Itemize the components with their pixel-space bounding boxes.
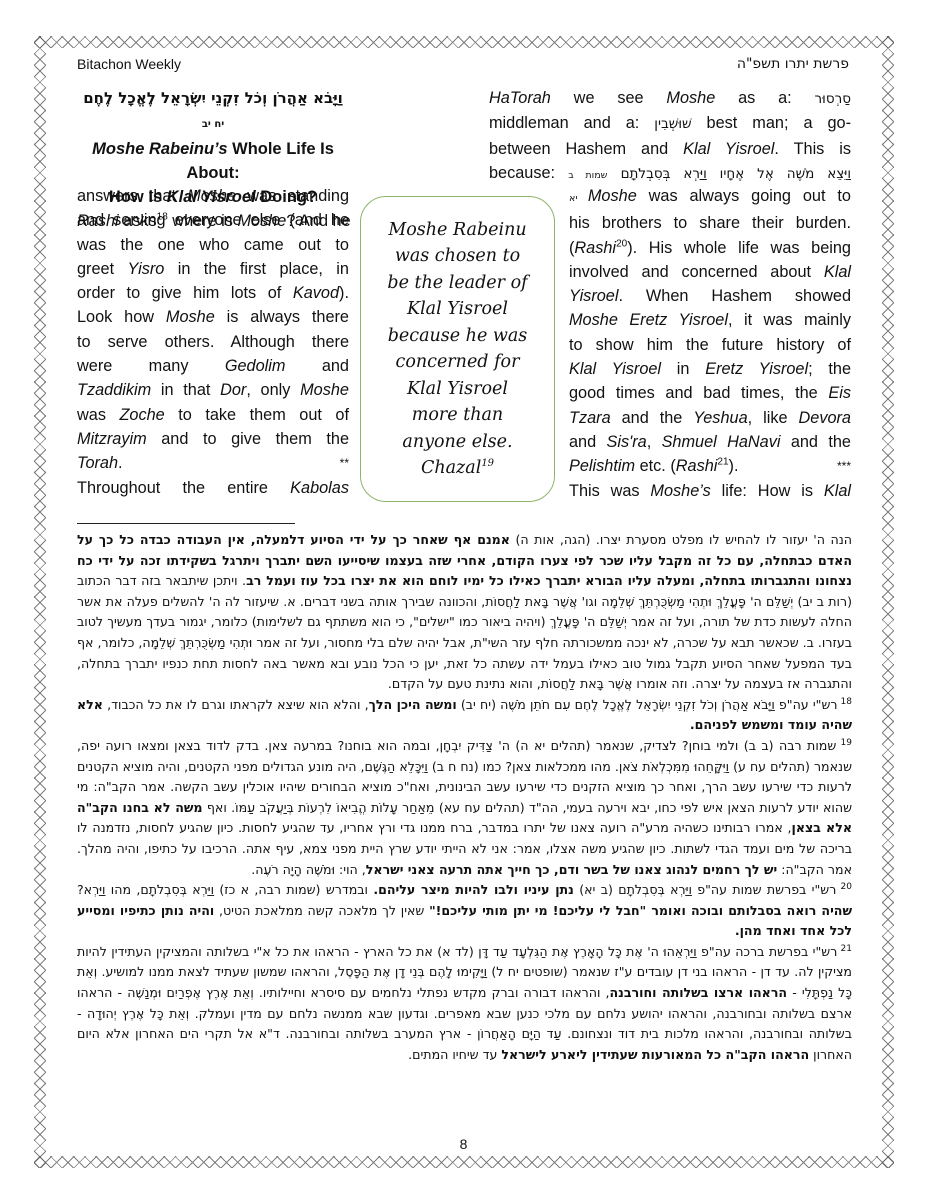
bold-text: ומשה היכן הלך xyxy=(369,697,457,712)
text-line: יא Moshe was always going out to xyxy=(569,184,851,211)
text-run: Klal xyxy=(824,263,851,281)
text-run: etc. ( xyxy=(635,457,676,475)
text-run: HaTorah xyxy=(489,89,551,107)
text-line: Torah.** xyxy=(77,451,349,475)
hebrew-term: שׁוּשְׁבִין xyxy=(654,116,691,132)
quote-line: was chosen to xyxy=(395,243,520,270)
footnote-number: 18 xyxy=(838,697,852,707)
text-run: Moshe xyxy=(300,381,349,399)
text-run: Moshe’s xyxy=(650,482,710,500)
text-line: Look how Moshe is always there xyxy=(77,305,349,329)
text-line: Pelishtim etc. (Rashi21).*** xyxy=(569,454,851,478)
footnote-ref: 20 xyxy=(616,238,627,249)
text-run: Yisroel xyxy=(569,287,618,305)
text-line: were many Gedolim and xyxy=(77,354,349,378)
header-parsha-title: פרשת יתרו תשפ"ה xyxy=(737,56,849,72)
hebrew-verse-title: וַיָּבֹא אַהֲרֹן וְכֹל זִקְנֵי יִשְׂרָאֵ… xyxy=(77,86,349,137)
bold-text: הראהו הקב"ה כל המאורעות שעתידין ליארע לי… xyxy=(501,1047,809,1062)
text-run: , והלא הוא שיצא לקראתו וגרם לו את כל הכב… xyxy=(103,697,369,712)
text-run: order to give him lots of xyxy=(77,284,293,302)
text-run: Look how xyxy=(77,308,166,326)
text-line: and serving everyone else (and he xyxy=(77,208,349,232)
text-run: Moshe xyxy=(588,187,637,205)
text-run: Moshe Eretz Yisroel xyxy=(569,311,728,329)
footnote-21: 21 רש"י בפרשת ברכה עה"פ וַיַּרְאֵהוּ ה' … xyxy=(77,942,852,1066)
text-run: Mitzrayim xyxy=(77,430,147,448)
border-top xyxy=(34,36,894,48)
hebrew-verse-text: וַיָּבֹא אַהֲרֹן וְכֹל זִקְנֵי יִשְׂרָאֵ… xyxy=(83,89,343,107)
text-run: Dor xyxy=(220,381,246,399)
text-run: Yeshua xyxy=(693,409,747,427)
text-line: HaTorah we see Moshe as a: סַרְסוּר xyxy=(489,86,851,111)
text-run: best man; a go- xyxy=(692,114,851,132)
quote-line: more than xyxy=(412,402,503,429)
footnotes-section: הנה ה' יעזור לו להחיש לו מפלט מסערת יצרו… xyxy=(77,530,852,1065)
text-line: involved and concerned about Klal xyxy=(569,260,851,284)
footnote-19: 19 שמות רבה (ב ב) ולמי בוחן? לצדיק, שנאמ… xyxy=(77,736,852,880)
text-run: , הוי: וּמֹשֶׁה הָיָה רֹעֶה. xyxy=(251,862,366,877)
because-verse-ref: שמות ב xyxy=(568,170,607,181)
text-run: . xyxy=(118,454,123,472)
text-run: . ויתכן שיתבאר בזה דבר הכתוב (רות ב יב) … xyxy=(77,573,852,691)
text-run: Eretz Yisroel xyxy=(705,360,808,378)
text-run: Tzara xyxy=(569,409,611,427)
text-run: , xyxy=(647,433,662,451)
text-run: Sis'ra xyxy=(607,433,647,451)
text-run: רש"י בפרשת שמות עה"פ וַיַּרְא בְּסִבְלֹת… xyxy=(574,882,836,897)
text-line: and Sis'ra, Shmuel HaNavi and the xyxy=(569,430,851,454)
text-run: and the xyxy=(611,409,694,427)
text-run: Yisro xyxy=(128,260,165,278)
text-run: and the xyxy=(780,433,850,451)
text-run: middleman and a: xyxy=(489,114,654,132)
text-run: and to give them the xyxy=(147,430,349,448)
footnote-number: 19 xyxy=(836,738,852,748)
right-column-top: HaTorah we see Moshe as a: סַרְסוּרmiddl… xyxy=(489,86,851,188)
text-run: was xyxy=(77,406,119,424)
text-line: (Rashi20). His whole life was being xyxy=(569,236,851,260)
text-line: Klal Yisroel in Eretz Yisroel; the xyxy=(569,357,851,381)
text-run: and xyxy=(285,357,349,375)
text-run: Klal Yisroel xyxy=(569,360,661,378)
text-run: עד שיחיו המתים. xyxy=(408,1047,501,1062)
text-run: ). xyxy=(729,457,739,475)
text-run: answers that xyxy=(77,187,187,205)
text-run: in that xyxy=(151,381,220,399)
text-run: , it was mainly xyxy=(728,311,851,329)
footnote-ref: 19 xyxy=(481,458,494,469)
text-run: ובמדרש (שמות רבה, א כז) וַיַּרְא בְּסִבְ… xyxy=(77,882,373,897)
text-line: Throughout the entire Kabolas xyxy=(77,476,349,500)
text-line: between Hashem and Klal Yisroel. This is xyxy=(489,137,851,161)
text-run: were many xyxy=(77,357,225,375)
quote-line: be the leader of xyxy=(387,270,527,297)
footnote-18: 18 רש"י עה"פ וַיָּבֹא אַהֲרֹן וְכֹל זִקְ… xyxy=(77,695,852,736)
quote-line: because he was xyxy=(388,323,528,350)
text-run: Zoche xyxy=(119,406,164,424)
text-run: is always there xyxy=(215,308,349,326)
text-run: Tzaddikim xyxy=(77,381,151,399)
because-label: because: xyxy=(489,164,568,182)
text-run: and serving everyone else (and he xyxy=(77,211,349,229)
text-run: in xyxy=(661,360,705,378)
text-run: involved and concerned about xyxy=(569,263,824,281)
quote-line: Moshe Rabeinu xyxy=(388,217,526,244)
header-publication-name: Bitachon Weekly xyxy=(77,56,181,72)
footnote-number: 21 xyxy=(837,944,852,954)
footnote-separator xyxy=(77,523,295,524)
article-title: Moshe Rabeinu’s Whole Life Is About: xyxy=(77,137,349,185)
text-run: life: How is xyxy=(711,482,824,500)
text-run: Torah xyxy=(77,454,118,472)
bold-text: יש לך רחמים לנהוג צאנו של בשר ודם, כך חי… xyxy=(366,862,777,877)
quote-line: anyone else. xyxy=(402,429,512,456)
quote-line: Klal Yisroel xyxy=(407,376,508,403)
text-line: his brothers to share their burden. xyxy=(569,211,851,235)
bold-text: שהיה רואה בסבלותם ובוכה ואומר "חבל לי על… xyxy=(429,903,852,918)
text-run: Gedolim xyxy=(225,357,286,375)
text-line: greet Yisro in the first place, in xyxy=(77,257,349,281)
text-run: greet xyxy=(77,260,128,278)
bold-text: הראהו ארצו בשלותה וחורבנה xyxy=(610,985,788,1000)
text-run: as a: סַרְסוּר xyxy=(715,89,851,107)
text-run: Moshe xyxy=(666,89,715,107)
text-run: , only xyxy=(246,381,300,399)
quote-line: concerned for xyxy=(396,349,520,376)
section-separator: *** xyxy=(837,454,851,478)
text-line: answers that Moshe was standing xyxy=(77,184,349,208)
text-run: Pelishtim xyxy=(569,457,635,475)
text-run: ). His whole life was being xyxy=(627,239,851,257)
text-run: his brothers to share their burden. xyxy=(569,214,851,232)
border-left xyxy=(34,36,46,1168)
text-line: This was Moshe’s life: How is Klal xyxy=(569,479,851,503)
text-run: was always going out to xyxy=(637,187,851,205)
text-run: רש"י עה"פ וַיָּבֹא אַהֲרֹן וְכֹל זִקְנֵי… xyxy=(457,697,838,712)
text-line: was Zoche to take them out of xyxy=(77,403,349,427)
hebrew-verse-ref: יח יב xyxy=(202,119,224,130)
text-run: ; the xyxy=(808,360,851,378)
text-line: Tzara and the Yeshua, like Devora xyxy=(569,406,851,430)
text-run: , like xyxy=(748,409,799,427)
text-line: to serve others. Although there xyxy=(77,330,349,354)
page-number: 8 xyxy=(0,1136,927,1152)
text-run: Moshe xyxy=(166,308,215,326)
left-column-body: answers that Moshe was standingand servi… xyxy=(77,184,349,500)
text-line: Moshe Eretz Yisroel, it was mainly xyxy=(569,308,851,332)
quote-attribution: Chazal19 xyxy=(421,455,494,482)
text-run: Devora xyxy=(799,409,852,427)
text-run: Kabolas xyxy=(290,479,349,497)
footnote-20: 20 רש"י בפרשת שמות עה"פ וַיַּרְא בְּסִבְ… xyxy=(77,880,852,942)
text-line: Tzaddikim in that Dor, only Moshe xyxy=(77,378,349,402)
text-run: in the first place, in xyxy=(164,260,349,278)
text-run: to serve others. Although there xyxy=(77,333,349,351)
text-run: הנה ה' יעזור לו להחיש לו מפלט מסערת יצרו… xyxy=(510,532,852,547)
text-run: Klal Yisroel xyxy=(683,140,774,158)
verse-ref: יא xyxy=(569,193,588,204)
text-line: middleman and a: שׁוּשְׁבִין best man; a… xyxy=(489,111,851,136)
text-run: This was xyxy=(569,482,650,500)
text-run: to show him the future history of xyxy=(569,336,851,354)
text-run: and xyxy=(569,433,607,451)
text-run: Klal xyxy=(824,482,851,500)
text-run: good times and bad times, the xyxy=(569,384,828,402)
text-run: Moshe xyxy=(187,187,236,205)
footnote-ref: 21 xyxy=(717,457,728,468)
border-right xyxy=(882,36,894,1168)
text-run: between Hashem and xyxy=(489,140,683,158)
text-line: to show him the future history of xyxy=(569,333,851,357)
text-line: good times and bad times, the Eis xyxy=(569,381,851,405)
bold-text: נתן עיניו ולבו להיות מיצר עליהם. xyxy=(373,882,574,897)
text-run: as a: xyxy=(715,89,814,107)
title-italic-part: Moshe Rabeinu’s xyxy=(92,140,227,158)
text-run: Throughout the entire xyxy=(77,479,290,497)
quote-line: Klal Yisroel xyxy=(407,296,508,323)
section-separator: ** xyxy=(340,451,349,475)
hebrew-term: סַרְסוּר xyxy=(815,91,851,107)
text-line: was the one who came out to xyxy=(77,233,349,257)
right-top-lines: HaTorah we see Moshe as a: סַרְסוּרmiddl… xyxy=(489,86,851,161)
text-run: Shmuel HaNavi xyxy=(662,433,781,451)
text-run: we see xyxy=(551,89,667,107)
text-run: was standing xyxy=(236,187,349,205)
text-run: . This is xyxy=(774,140,851,158)
footnote-continuation: הנה ה' יעזור לו להחיש לו מפלט מסערת יצרו… xyxy=(77,530,852,695)
text-run: . When Hashem showed xyxy=(618,287,851,305)
text-run: was the one who came out to xyxy=(77,236,349,254)
text-run: to take them out of xyxy=(165,406,349,424)
text-run: Rashi xyxy=(574,239,616,257)
pull-quote-box: Moshe Rabeinuwas chosen tobe the leader … xyxy=(360,196,555,502)
because-hebrew-verse: וַיֵּצֵא מֹשֶׁה אֶל אֶחָיו וַיַּרְא בְּס… xyxy=(621,166,851,182)
right-column-body: יא Moshe was always going out tohis brot… xyxy=(569,184,851,503)
text-line: order to give him lots of Kavod). xyxy=(77,281,349,305)
text-run: Eis xyxy=(828,384,851,402)
text-run: Rashi xyxy=(676,457,718,475)
text-run: middleman and a: שׁוּשְׁבִין best man; a… xyxy=(489,114,851,132)
text-run: Kavod xyxy=(293,284,339,302)
text-line: Mitzrayim and to give them the xyxy=(77,427,349,451)
footnote-number: 20 xyxy=(836,882,852,892)
border-bottom xyxy=(34,1156,894,1168)
text-run: ). xyxy=(339,284,349,302)
text-line: Yisroel. When Hashem showed xyxy=(569,284,851,308)
text-run: שאין לך מלאכה קשה ממלאכת הטיט, xyxy=(214,903,429,918)
